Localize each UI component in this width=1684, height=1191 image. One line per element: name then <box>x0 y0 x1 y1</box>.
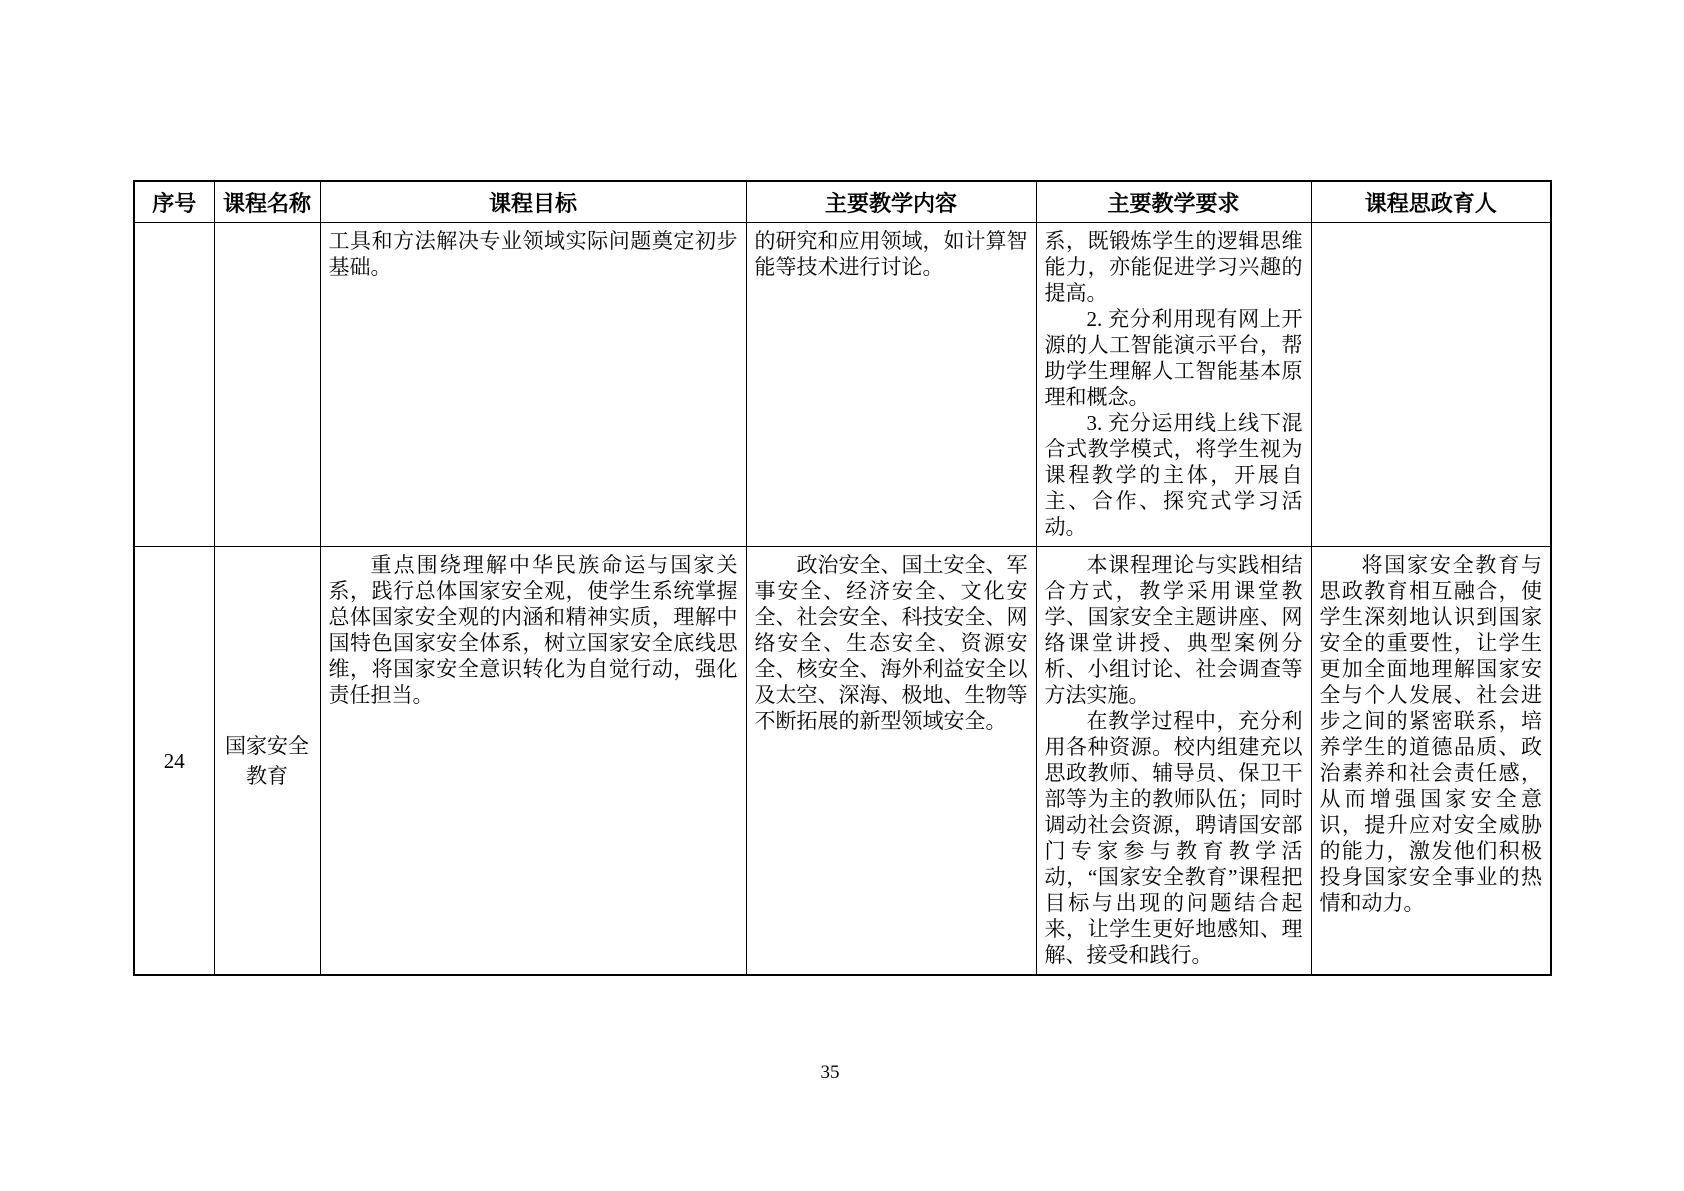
column-header-teaching-requirements: 主要教学要求 <box>1036 181 1311 223</box>
cell-course-name <box>214 223 320 547</box>
cell-teaching-requirements: 本课程理论与实践相结合方式，教学采用课堂教学、国家安全主题讲座、网络课堂讲授、典… <box>1036 547 1311 976</box>
paragraph: 3. 充分运用线上线下混合式教学模式，将学生视为课程教学的主体，开展自主、合作、… <box>1045 410 1303 540</box>
cell-teaching-content: 政治安全、国土安全、军事安全、经济安全、文化安全、社会安全、科技安全、网络安全、… <box>746 547 1036 976</box>
column-header-seq: 序号 <box>134 181 214 223</box>
curriculum-table: 序号 课程名称 课程目标 主要教学内容 主要教学要求 课程思政育人 工具和方法解… <box>133 180 1552 976</box>
cell-teaching-content: 的研究和应用领域，如计算智能等技术进行讨论。 <box>746 223 1036 547</box>
paragraph: 将国家安全教育与思政教育相互融合，使学生深刻地认识到国家安全的重要性，让学生更加… <box>1320 552 1543 916</box>
cell-ideology <box>1311 223 1551 547</box>
column-header-course-name: 课程名称 <box>214 181 320 223</box>
paragraph: 工具和方法解决专业领域实际问题奠定初步基础。 <box>329 228 738 280</box>
cell-ideology: 将国家安全教育与思政教育相互融合，使学生深刻地认识到国家安全的重要性，让学生更加… <box>1311 547 1551 976</box>
table-row-continuation: 工具和方法解决专业领域实际问题奠定初步基础。 的研究和应用领域，如计算智能等技术… <box>134 223 1551 547</box>
paragraph: 系，既锻炼学生的逻辑思维能力，亦能促进学习兴趣的提高。 <box>1045 228 1303 306</box>
paragraph: 政治安全、国土安全、军事安全、经济安全、文化安全、社会安全、科技安全、网络安全、… <box>755 552 1028 734</box>
column-header-ideology: 课程思政育人 <box>1311 181 1551 223</box>
cell-objectives: 工具和方法解决专业领域实际问题奠定初步基础。 <box>320 223 746 547</box>
paragraph: 的研究和应用领域，如计算智能等技术进行讨论。 <box>755 228 1028 280</box>
cell-objectives: 重点围绕理解中华民族命运与国家关系，践行总体国家安全观，使学生系统掌握总体国家安… <box>320 547 746 976</box>
paragraph: 2. 充分利用现有网上开源的人工智能演示平台，帮助学生理解人工智能基本原理和概念… <box>1045 306 1303 410</box>
paragraph: 本课程理论与实践相结合方式，教学采用课堂教学、国家安全主题讲座、网络课堂讲授、典… <box>1045 552 1303 708</box>
cell-teaching-requirements: 系，既锻炼学生的逻辑思维能力，亦能促进学习兴趣的提高。2. 充分利用现有网上开源… <box>1036 223 1311 547</box>
table-row-24: 24 国家安全教育 重点围绕理解中华民族命运与国家关系，践行总体国家安全观，使学… <box>134 547 1551 976</box>
cell-seq <box>134 223 214 547</box>
cell-course-name: 国家安全教育 <box>214 547 320 976</box>
column-header-objectives: 课程目标 <box>320 181 746 223</box>
document-page: 序号 课程名称 课程目标 主要教学内容 主要教学要求 课程思政育人 工具和方法解… <box>0 0 1684 1191</box>
table-header-row: 序号 课程名称 课程目标 主要教学内容 主要教学要求 课程思政育人 <box>134 181 1551 223</box>
column-header-teaching-content: 主要教学内容 <box>746 181 1036 223</box>
page-number: 35 <box>0 1062 1660 1084</box>
paragraph: 在教学过程中，充分利用各种资源。校内组建充以思政教师、辅导员、保卫干部等为主的教… <box>1045 708 1303 968</box>
cell-seq: 24 <box>134 547 214 976</box>
paragraph: 重点围绕理解中华民族命运与国家关系，践行总体国家安全观，使学生系统掌握总体国家安… <box>329 552 738 708</box>
